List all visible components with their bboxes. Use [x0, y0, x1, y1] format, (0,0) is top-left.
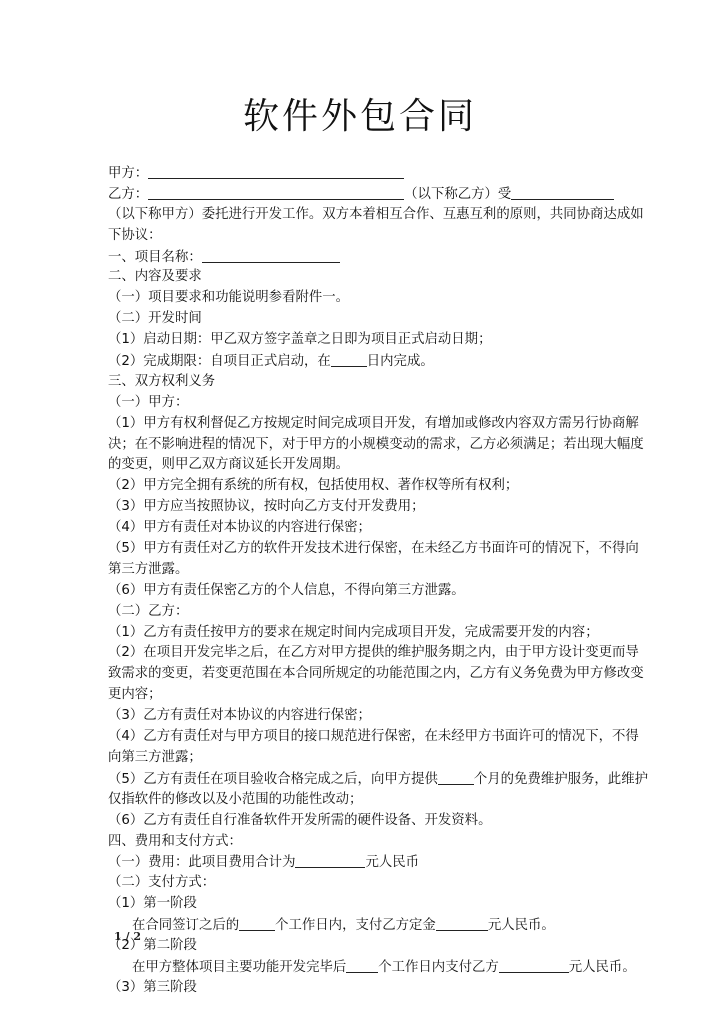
clause: 仅指软件的修改以及小范围的功能性改动； — [108, 790, 614, 811]
stage-two-days-blank[interactable] — [346, 957, 378, 973]
clause: （1）启动日期：甲乙双方签字盖章之日即为项目正式启动日期； — [108, 330, 614, 351]
clause: 更内容； — [108, 685, 614, 706]
clause: （6）甲方有责任保密乙方的个人信息，不得向第三方泄露。 — [108, 581, 614, 602]
document-title: 软件外包合同 — [0, 88, 720, 139]
document-page: 软件外包合同 甲方： 乙方：（以下称乙方）受 （以下称甲方）委托进行开发工作。双… — [0, 0, 720, 1017]
clause: （二）开发时间 — [108, 309, 614, 330]
subsection-heading: （二）乙方： — [108, 602, 614, 623]
clause: （1）甲方有权利督促乙方按规定时间完成项目开发，有增加或修改内容双方需另行协商解 — [108, 414, 614, 435]
subsection-heading: （一）甲方： — [108, 393, 614, 414]
section-heading: 二、内容及要求 — [108, 267, 614, 288]
stage-two-amount-blank[interactable] — [499, 957, 569, 973]
clause-text: 元人民币。 — [488, 918, 555, 933]
clause-text: （一）费用：此项目费用合计为 — [108, 855, 295, 870]
clause-text: （5）乙方有责任在项目验收合格完成之后，向甲方提供 — [108, 772, 438, 787]
clause: 第三方泄露。 — [108, 560, 614, 581]
party-a-blank[interactable] — [148, 163, 404, 179]
clause-text: 在合同签订之后的 — [132, 918, 239, 933]
clause: 致需求的变更，若变更范围在本合同所规定的功能范围之内，乙方有义务免费为甲方修改变 — [108, 664, 614, 685]
clause: 向第三方泄露； — [108, 748, 614, 769]
clause: （5）甲方有责任对乙方的软件开发技术进行保密，在未经乙方书面许可的情况下，不得向 — [108, 539, 614, 560]
party-a-label: 甲方： — [108, 166, 148, 181]
clause-text: （2）完成期限：自项目正式启动，在 — [108, 354, 331, 369]
party-b-suffix: （以下称乙方）受 — [404, 187, 511, 202]
page-indicator: 1 / 2 — [114, 930, 141, 943]
clause: （4）乙方有责任对与甲方项目的接口规范进行保密，在未经甲方书面许可的情况下，不得 — [108, 727, 614, 748]
project-name-blank[interactable] — [202, 247, 340, 263]
party-a-line: 甲方： — [108, 163, 614, 184]
document-body: 甲方： 乙方：（以下称乙方）受 （以下称甲方）委托进行开发工作。双方本着相互合作… — [108, 163, 614, 999]
clause: （1）乙方有责任按甲方的要求在规定时间内完成项目开发，完成需要开发的内容； — [108, 623, 614, 644]
subsection-heading: （二）支付方式： — [108, 873, 614, 894]
section-heading: 三、双方权利义务 — [108, 372, 614, 393]
stage-one-days-blank[interactable] — [239, 915, 275, 931]
party-b-label: 乙方： — [108, 187, 148, 202]
clause: （3）第三阶段 — [108, 978, 614, 999]
clause: （4）甲方有责任对本协议的内容进行保密； — [108, 518, 614, 539]
clause-text: 日内完成。 — [367, 354, 434, 369]
days-blank[interactable] — [331, 351, 367, 367]
clause: （6）乙方有责任自行准备软件开发所需的硬件设备、开发资料。 — [108, 811, 614, 832]
party-b-line: 乙方：（以下称乙方）受 — [108, 184, 614, 205]
stage-one-line: 在合同签订之后的个工作日内，支付乙方定金元人民币。 — [108, 915, 614, 936]
clause-text: 元人民币。 — [569, 960, 636, 975]
section-heading: 四、费用和支付方式： — [108, 832, 614, 853]
clause-text: 个月的免费维护服务，此维护 — [474, 772, 648, 787]
project-name-line: 一、项目名称： — [108, 247, 614, 268]
total-fee-line: （一）费用：此项目费用合计为元人民币 — [108, 852, 614, 873]
commissioner-blank[interactable] — [511, 184, 614, 200]
clause-text: 在甲方整体项目主要功能开发完毕后 — [132, 960, 346, 975]
total-fee-blank[interactable] — [295, 852, 365, 868]
deposit-amount-blank[interactable] — [436, 915, 488, 931]
paragraph-line: （以下称甲方）委托进行开发工作。双方本着相互合作、互惠互利的原则，共同协商达成如 — [108, 205, 614, 226]
section-heading: 一、项目名称： — [108, 250, 202, 265]
paragraph-line: 下协议： — [108, 226, 614, 247]
clause-text: 个工作日内支付乙方 — [378, 960, 499, 975]
completion-deadline-line: （2）完成期限：自项目正式启动，在日内完成。 — [108, 351, 614, 372]
clause-text: 个工作日内，支付乙方定金 — [275, 918, 436, 933]
clause: （2）在项目开发完毕之后，在乙方对甲方提供的维护服务期之内，由于甲方设计变更而导 — [108, 643, 614, 664]
clause: （一）项目要求和功能说明参看附件一。 — [108, 288, 614, 309]
clause-text: 元人民币 — [365, 855, 419, 870]
party-b-blank[interactable] — [148, 184, 404, 200]
clause: （3）甲方应当按照协议，按时向乙方支付开发费用； — [108, 497, 614, 518]
clause: （1）第一阶段 — [108, 894, 614, 915]
clause: （2）第二阶段 — [108, 936, 614, 957]
clause: 的变更，则甲乙双方商议延长开发周期。 — [108, 455, 614, 476]
maintenance-line: （5）乙方有责任在项目验收合格完成之后，向甲方提供个月的免费维护服务，此维护 — [108, 769, 614, 790]
stage-two-line: 在甲方整体项目主要功能开发完毕后个工作日内支付乙方元人民币。 — [108, 957, 614, 978]
clause: 决；在不影响进程的情况下，对于甲方的小规模变动的需求，乙方必须满足；若出现大幅度 — [108, 435, 614, 456]
clause: （3）乙方有责任对本协议的内容进行保密； — [108, 706, 614, 727]
clause: （2）甲方完全拥有系统的所有权，包括使用权、著作权等所有权利； — [108, 476, 614, 497]
maintenance-months-blank[interactable] — [438, 769, 474, 785]
